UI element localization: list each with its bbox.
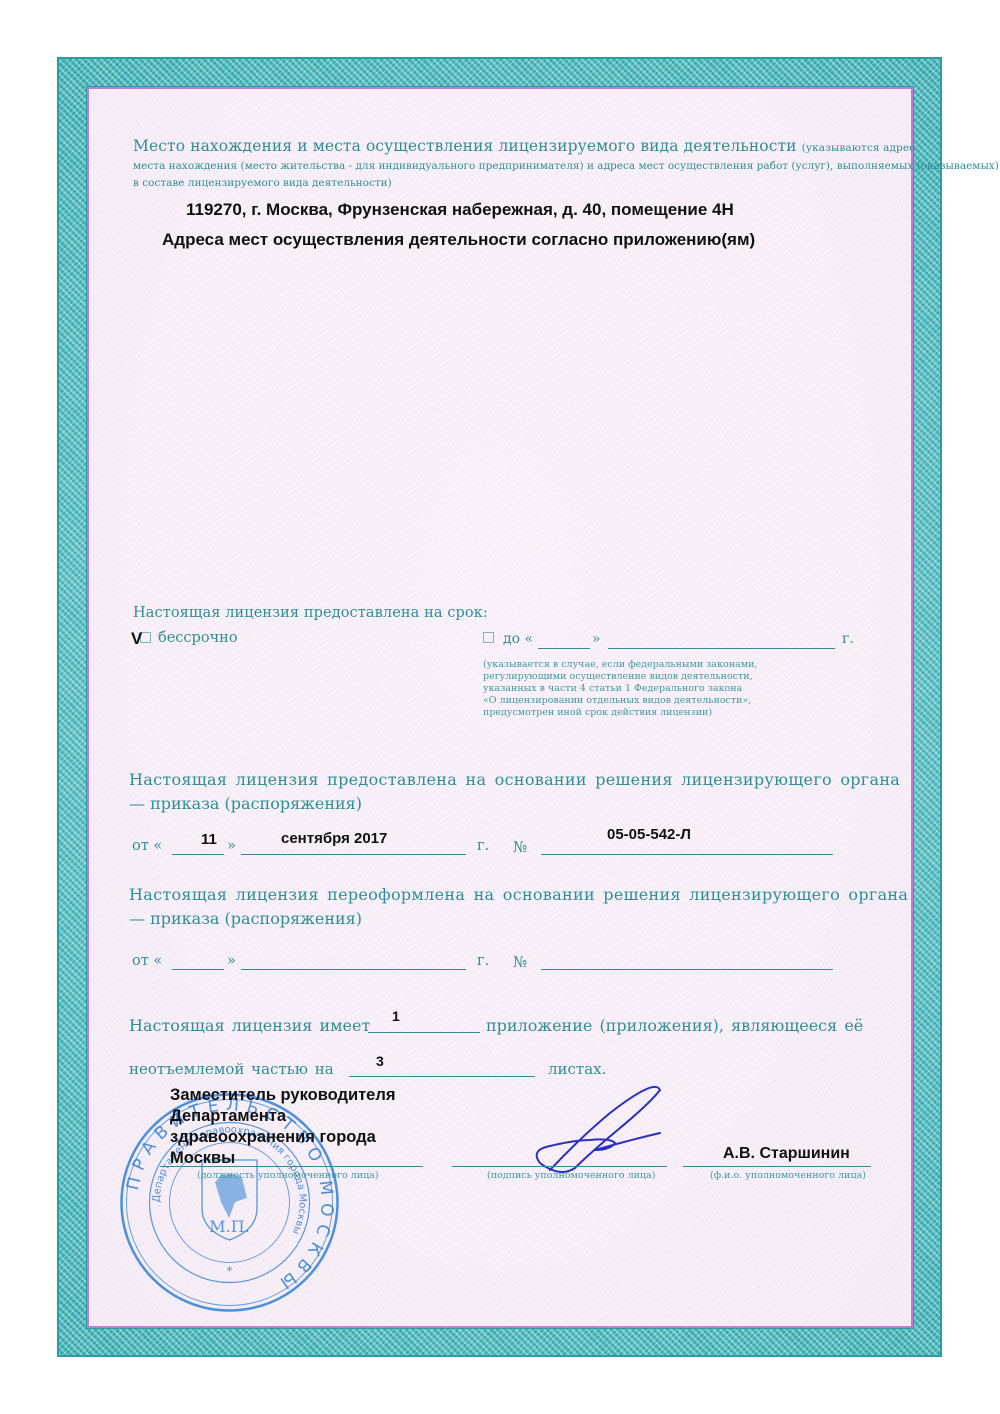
reissued-day-field[interactable] (172, 969, 224, 970)
location-heading: Место нахождения и места осуществления л… (133, 137, 915, 155)
granted-close-quote: » (227, 838, 236, 854)
reissued-close-quote: » (227, 953, 236, 969)
reissued-number-field[interactable] (541, 969, 833, 970)
address-secondary: Адреса мест осуществления деятельности с… (162, 230, 755, 250)
position-field[interactable] (160, 1166, 423, 1167)
granted-line-2: — приказа (распоряжения) (129, 794, 362, 813)
granted-day: 11 (201, 831, 217, 848)
position-line: здравоохранения города (170, 1127, 450, 1148)
name-field[interactable] (683, 1166, 871, 1167)
reissued-line-2: — приказа (распоряжения) (129, 909, 362, 928)
until-day-field[interactable] (538, 648, 590, 649)
until-close-quote: » (592, 631, 601, 647)
granted-number-field[interactable] (541, 854, 833, 855)
reissued-number-label: № (513, 953, 527, 971)
term-note-line: предусмотрен иной срок действия лицензии… (483, 707, 757, 719)
granted-from-label: от « (132, 838, 162, 854)
term-note: (указывается в случае, если федеральными… (483, 659, 757, 719)
term-note-line: «О лицензировании отдельных видов деятел… (483, 695, 757, 707)
signatory-name: А.В. Старшинин (723, 1145, 850, 1163)
granted-day-field[interactable] (172, 854, 224, 855)
address-main: 119270, г. Москва, Фрунзенская набережна… (186, 200, 734, 220)
term-heading: Настоящая лицензия предоставлена на срок… (133, 605, 488, 621)
granted-month-year-field[interactable] (241, 854, 466, 855)
location-note-line-3: в составе лицензируемого вида деятельнос… (133, 177, 392, 189)
position-caption: (должность уполномоченного лица) (197, 1170, 379, 1181)
granted-number: 05-05-542-Л (607, 826, 691, 843)
signature-caption: (подпись уполномоченного лица) (487, 1170, 655, 1181)
position-line: Департамента (170, 1106, 450, 1127)
location-heading-title: Место нахождения и места осуществления л… (133, 137, 797, 155)
sheets-suffix: листах. (548, 1060, 606, 1078)
term-note-line: регулирующими осуществление видов деятел… (483, 671, 757, 683)
term-note-line: указанных в части 4 статьи 1 Федеральног… (483, 683, 757, 695)
signatory-position: Заместитель руководителя Департамента зд… (170, 1085, 450, 1169)
term-note-line: (указывается в случае, если федеральными… (483, 659, 757, 671)
reissued-month-year-field[interactable] (241, 969, 466, 970)
reissued-line-1: Настоящая лицензия переоформлена на осно… (129, 885, 908, 904)
signature (520, 1078, 680, 1178)
position-line: Заместитель руководителя (170, 1085, 450, 1106)
granted-number-label: № (513, 838, 527, 856)
appendix-count: 1 (392, 1008, 400, 1024)
until-year-suffix: г. (842, 631, 854, 647)
appendix-count-field[interactable] (368, 1032, 480, 1033)
sheets-count: 3 (376, 1053, 384, 1069)
until-month-year-field[interactable] (608, 648, 835, 649)
appendix-prefix: Настоящая лицензия имеет (129, 1016, 370, 1035)
signature-field[interactable] (452, 1166, 667, 1167)
sheets-count-field[interactable] (349, 1076, 535, 1077)
granted-line-1: Настоящая лицензия предоставлена на осно… (129, 770, 900, 789)
until-label: до « (503, 631, 533, 647)
indefinite-label: бессрочно (158, 630, 238, 646)
svg-text:*: * (227, 1264, 233, 1278)
check-mark-icon: V (131, 629, 142, 649)
granted-year-suffix: г. (477, 838, 489, 854)
name-caption: (ф.и.о. уполномоченного лица) (710, 1170, 866, 1181)
svg-text:М.П.: М.П. (209, 1217, 250, 1236)
reissued-from-label: от « (132, 953, 162, 969)
reissued-year-suffix: г. (477, 953, 489, 969)
until-checkbox[interactable] (483, 632, 494, 643)
location-note-line-2: места нахождения (место жительства - для… (133, 160, 999, 172)
appendix-suffix: приложение (приложения), являющееся её (486, 1016, 863, 1035)
granted-month-year: сентября 2017 (281, 830, 387, 847)
sheets-prefix: неотъемлемой частью на (129, 1060, 334, 1078)
location-heading-note: (указываются адрес (802, 142, 916, 154)
